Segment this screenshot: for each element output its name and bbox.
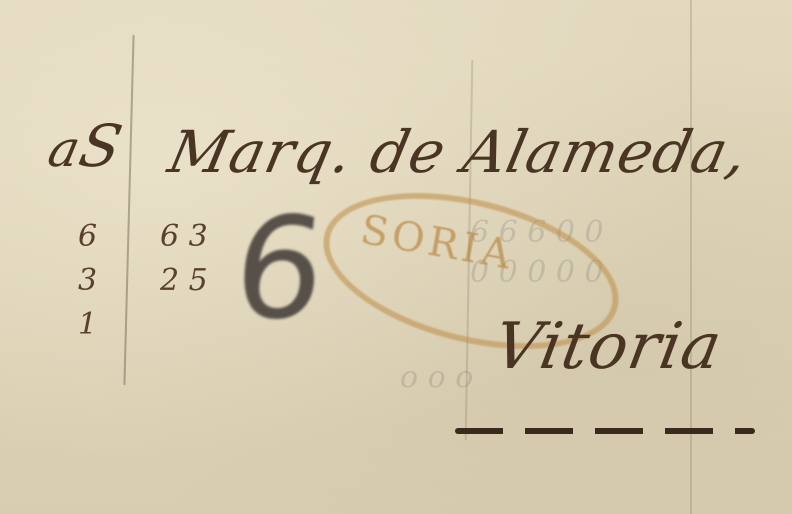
margin-notes-right: 6 3 2 5 [160,215,208,303]
margin-notes-left: 6 3 1 [78,215,97,347]
bleed-through-text: o o o [400,360,473,395]
letter-cover: 6 6 6 0 0 0 0 0 0 0 o o o SORIA 6 aS Mar… [0,0,792,514]
address-prefix: aS [43,112,129,180]
addressee-line: Marq. de Alameda, [163,118,755,186]
city-underline [455,428,755,434]
fold-line [690,0,692,514]
rate-mark: 6 [225,200,335,340]
addressee-name: Marq. de Alameda, [163,118,755,186]
destination-city: Vitoria [488,310,727,384]
fold-line [123,35,134,385]
